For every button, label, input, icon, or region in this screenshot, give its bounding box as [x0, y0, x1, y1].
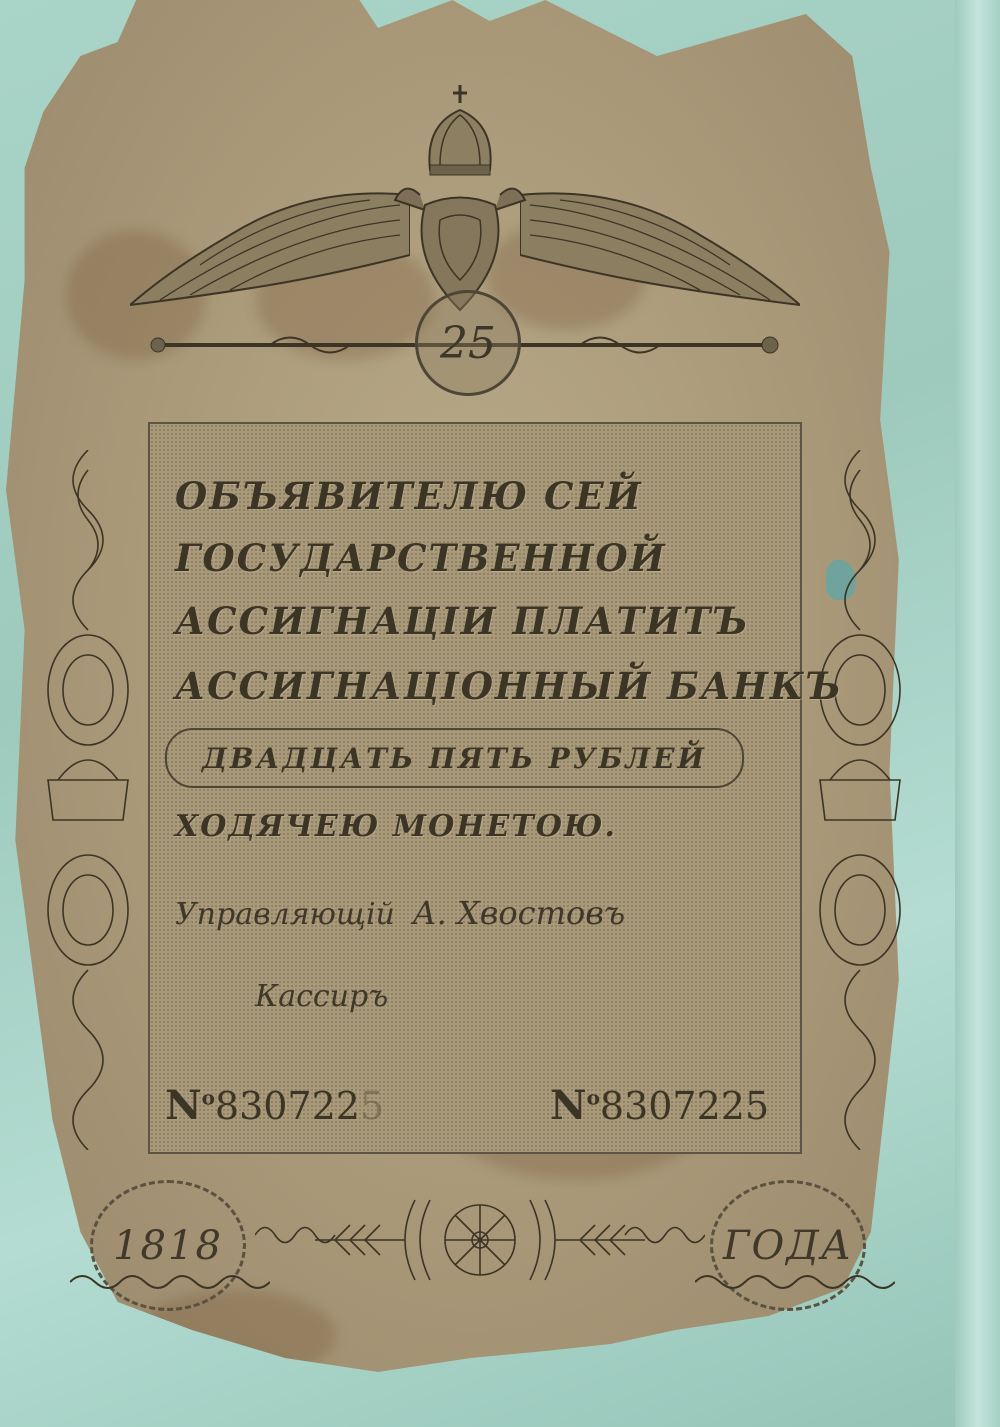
- double-headed-eagle-emblem: 25: [130, 85, 800, 415]
- text-line-assignation-bank: Ассигнаціонный Банкъ: [175, 664, 775, 708]
- imperial-crown-icon: [420, 85, 500, 180]
- serial-number-right: No8307225: [550, 1082, 769, 1129]
- serial-partial-digit: 5: [360, 1084, 384, 1128]
- display-backdrop: [955, 0, 1000, 1427]
- number-sign: No: [550, 1082, 600, 1129]
- manager-signature: А. Хвостовъ: [412, 894, 625, 932]
- bottom-ornament-band: 1818 года: [85, 1170, 885, 1300]
- year-word: года: [723, 1223, 853, 1269]
- amount-cartouche: Двадцать пять рублей: [165, 728, 744, 788]
- denomination-medallion: 25: [415, 290, 521, 396]
- text-line-currency: ходячею монетою.: [175, 809, 775, 844]
- text-panel: Объявителю сей Государственной Ассигнаці…: [148, 422, 802, 1154]
- wave-border-icon: [695, 1270, 895, 1294]
- year-text: 1818: [113, 1223, 223, 1269]
- serial-number-left: No8307225: [165, 1082, 384, 1129]
- eagle-left-wing-icon: [130, 175, 410, 325]
- manager-label: Управляющій: [175, 897, 395, 932]
- wave-border-icon: [70, 1270, 270, 1294]
- amount-text: Двадцать пять рублей: [202, 742, 707, 775]
- manager-signature-line: Управляющій А. Хвостовъ: [175, 894, 625, 932]
- left-floral-border-icon: [38, 450, 138, 1150]
- text-line-bearer: Объявителю сей: [175, 474, 775, 518]
- serial-digits: 8307225: [600, 1084, 769, 1128]
- number-sign: No: [165, 1082, 215, 1129]
- serial-digits: 830722: [215, 1084, 360, 1128]
- central-rosette-ornament-icon: [255, 1190, 705, 1290]
- text-line-state: Государственной: [175, 536, 775, 580]
- text-line-assignation-pays: Ассигнаціи платитъ: [175, 599, 775, 643]
- right-floral-border-icon: [810, 450, 910, 1150]
- cashier-label: Кассиръ: [255, 979, 388, 1014]
- eagle-right-wing-icon: [520, 175, 800, 325]
- cashier-signature-line: Кассиръ: [255, 979, 388, 1014]
